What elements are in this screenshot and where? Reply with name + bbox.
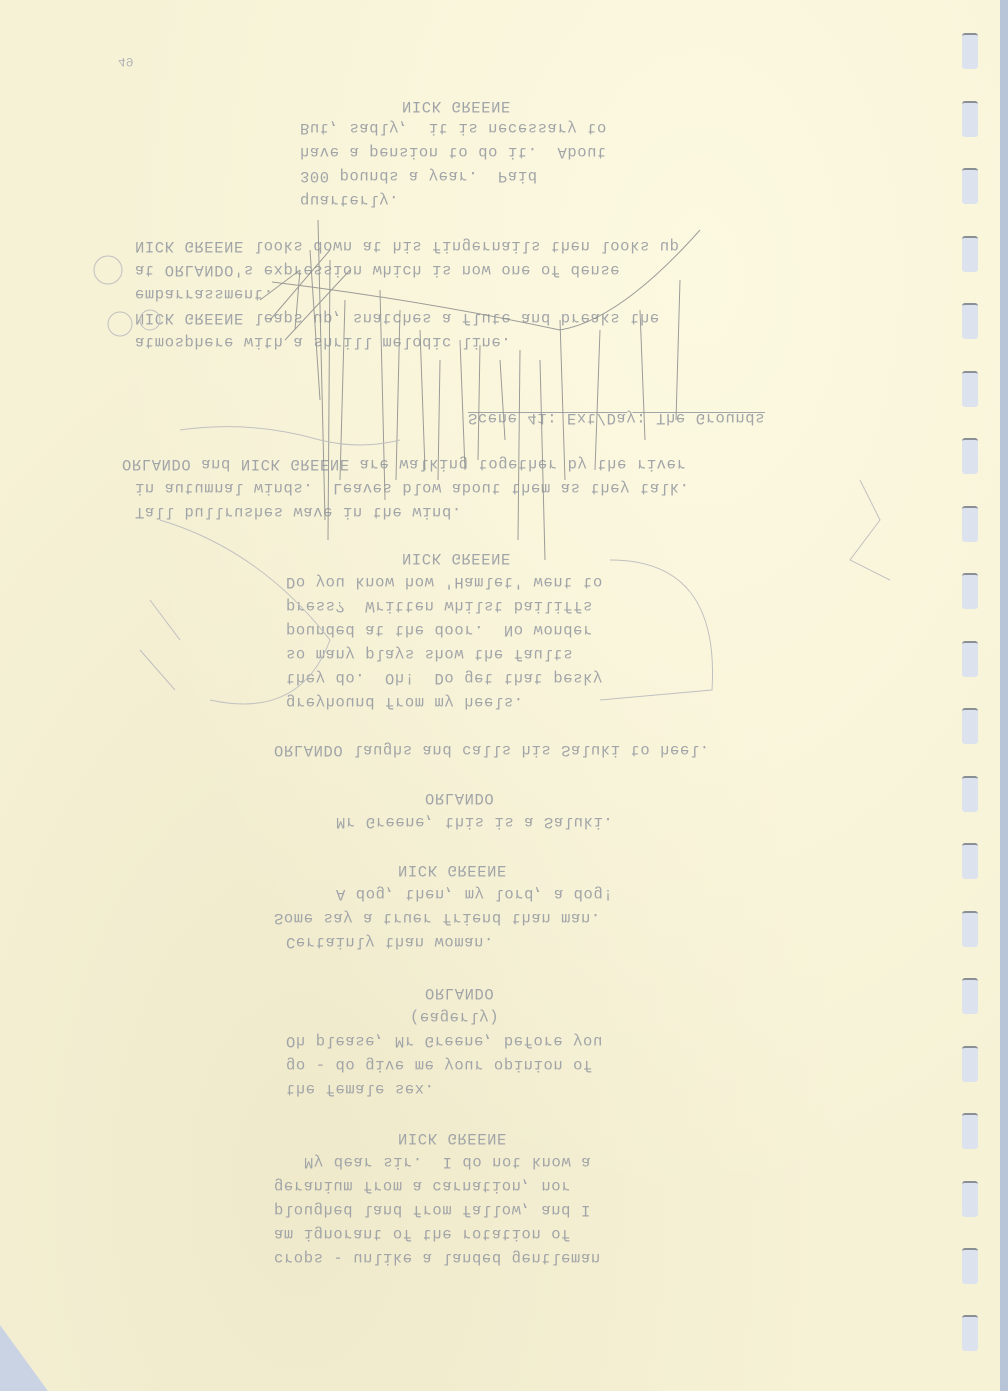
script-page: 49 NICK GREENE But, sadly, it is necessa… (0, 0, 1000, 1391)
binding-hole (962, 438, 978, 474)
action-line: Tall bullrushes wave in the wind. (135, 502, 462, 522)
binding-hole (962, 1181, 978, 1217)
dialogue-line: geranium from a carnation, nor (274, 1176, 571, 1196)
dialogue-line: greyhound from my heels. (286, 692, 524, 712)
scene-heading: Scene 41: Ext/Day: The Grounds (468, 408, 765, 428)
dialogue-line: Certainly than woman. (286, 932, 494, 952)
dialogue-line: they do. Oh! Do get that pesky (286, 668, 603, 688)
binding-hole (962, 978, 978, 1014)
dialogue-line: 300 pounds a year. Paid (300, 166, 538, 186)
action-line: ORLANDO laughs and calls his Saluki to h… (274, 740, 710, 760)
dialogue-line: A dog, then, my lord, a dog! (336, 884, 613, 904)
binding-hole (962, 1046, 978, 1082)
binding-hole (962, 371, 978, 407)
dialogue-line: the female sex. (286, 1079, 435, 1099)
dialogue-line: But, sadly, it is necessary to (300, 118, 607, 138)
binding-hole (962, 33, 978, 69)
dialogue-line: Mr Greene, this is a Saluki. (336, 812, 613, 832)
binding-hole (962, 776, 978, 812)
action-line: atmosphere with a shrill melodic line. (135, 332, 511, 352)
binding-hole (962, 708, 978, 744)
dialogue-line: Some say a truer friend than man. (274, 908, 601, 928)
binding-hole (962, 911, 978, 947)
binding-hole (962, 101, 978, 137)
character-name: ORLANDO (425, 788, 494, 808)
binding-hole (962, 1315, 978, 1351)
action-line: NICK GREENE looks down at his fingernail… (135, 236, 680, 256)
binding-hole (962, 506, 978, 542)
dialogue-line: press? Written whilst bailiffs (286, 596, 593, 616)
action-line: embarrassment. (135, 284, 274, 304)
dialogue-line: go - do give me your opinion of (286, 1055, 593, 1075)
dialogue-line: so many plays show the faults (286, 644, 573, 664)
character-name: NICK GREENE (398, 1128, 507, 1148)
binding-hole (962, 1248, 978, 1284)
binding-hole (962, 236, 978, 272)
character-name: ORLANDO (425, 983, 494, 1003)
action-line: in autumnal winds. Leaves blow about the… (135, 478, 689, 498)
dialogue-line: My dear sir. I do not know a (304, 1152, 591, 1172)
dialogue-line: crops - unlike a landed gentleman (274, 1248, 601, 1268)
dialogue-line: pounded at the door. No wonder (286, 620, 593, 640)
dialogue-line: am ignorant of the rotation of (274, 1224, 571, 1244)
binding-hole (962, 573, 978, 609)
binding-hole (962, 168, 978, 204)
page-number: 49 (118, 54, 134, 69)
dialogue-line: quarterly. (300, 190, 399, 210)
binding-hole (962, 1113, 978, 1149)
action-line: ORLANDO and NICK GREENE are walking toge… (122, 454, 686, 474)
dialogue-line: ploughed land from fallow, and I (274, 1200, 591, 1220)
dialogue-line: Oh please, Mr Greene, before you (286, 1031, 603, 1051)
binding-hole (962, 641, 978, 677)
parenthetical: (eagerly) (410, 1007, 499, 1027)
dialogue-line: have a pension to do it. About (300, 142, 607, 162)
character-name: NICK GREENE (398, 860, 507, 880)
binding-hole (962, 303, 978, 339)
character-name: NICK GREENE (402, 548, 511, 568)
dialogue-line: Do you know how 'Hamlet' went to (286, 572, 603, 592)
scan-edge (1000, 0, 1008, 1391)
action-line: NICK GREENE leaps up, snatches a flute a… (135, 308, 660, 328)
action-line: at ORLANDO's expression which is now one… (135, 260, 620, 280)
character-name: NICK GREENE (402, 96, 511, 116)
binding-hole (962, 843, 978, 879)
